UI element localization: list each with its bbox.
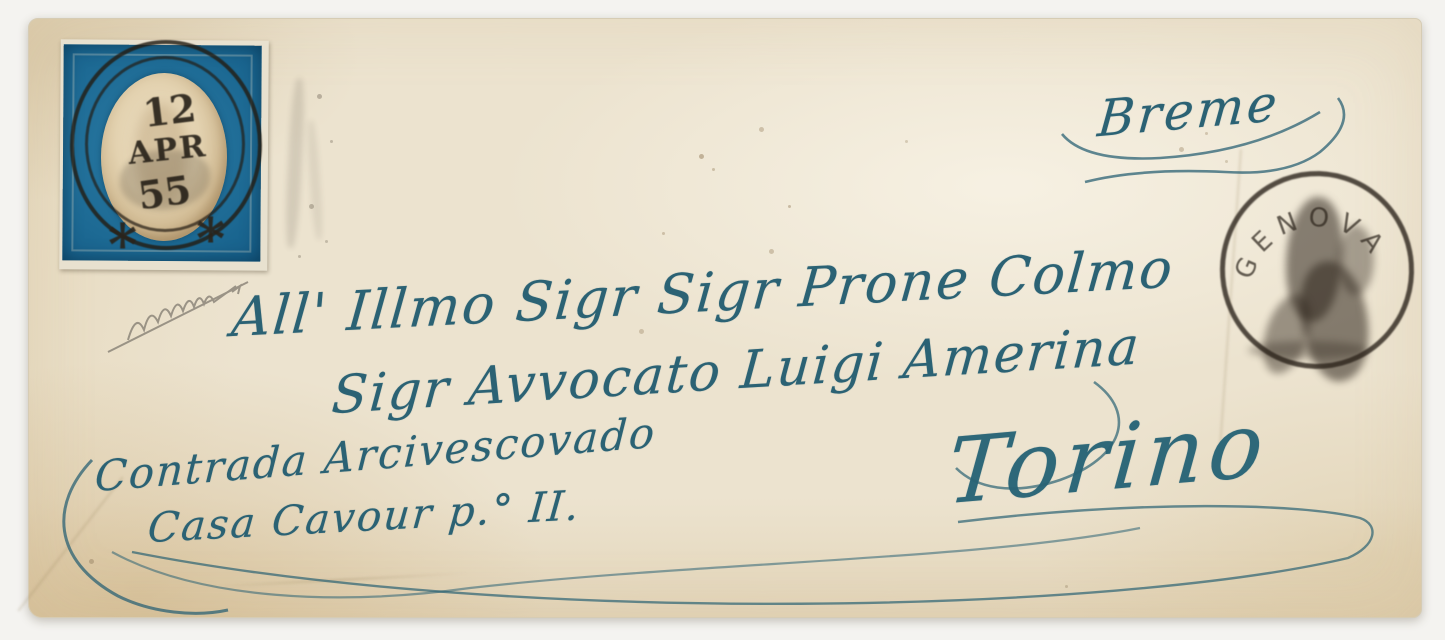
crease-line xyxy=(209,572,469,588)
cancel-star-icon: * xyxy=(196,206,225,272)
cover-photo: 12 APR 55 * * GENOVA Breme All' Illmo Si… xyxy=(0,0,1445,640)
postmark-smudge xyxy=(1338,225,1374,295)
cancel-day: 12 xyxy=(140,85,198,136)
postmark-smudge xyxy=(1248,341,1368,359)
foxing-specks xyxy=(0,0,3,3)
arrival-postmark: GENOVA xyxy=(1220,173,1414,367)
cancel-star-icon: * xyxy=(108,212,137,278)
